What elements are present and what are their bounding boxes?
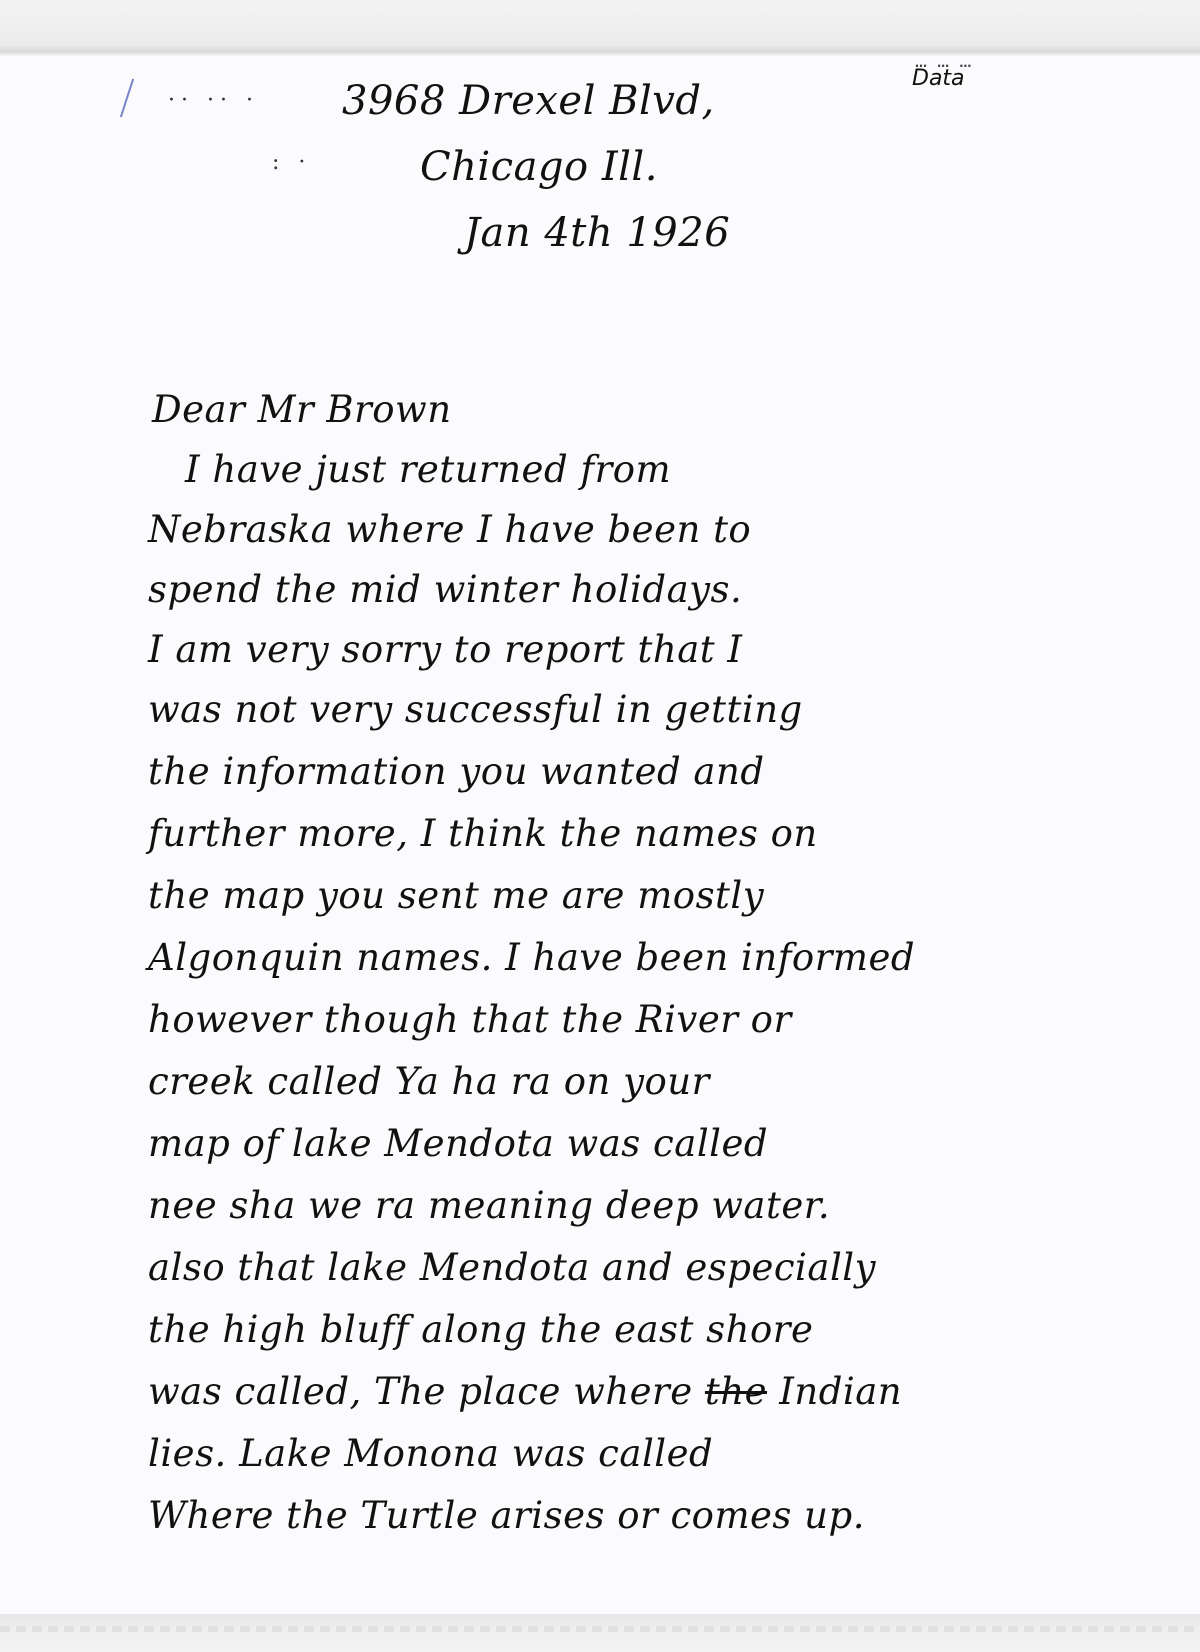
date-line: Jan 4th 1926 xyxy=(464,210,730,256)
body-line: lies. Lake Monona was called xyxy=(148,1432,713,1475)
line-text-after: Indian xyxy=(767,1370,902,1413)
body-line-with-strikethrough: was called, The place where the Indian xyxy=(148,1370,902,1413)
scan-bottom-perforation xyxy=(0,1626,1200,1632)
body-line: the map you sent me are mostly xyxy=(148,874,764,917)
body-line: Algonquin names. I have been informed xyxy=(148,936,915,979)
scan-top-edge xyxy=(0,0,1200,56)
body-line: creek called Ya ha ra on your xyxy=(148,1060,710,1103)
body-line: also that lake Mendota and especially xyxy=(148,1246,876,1289)
struck-word: the xyxy=(705,1370,767,1413)
salutation: Dear Mr Brown xyxy=(152,388,452,431)
line-text-before: was called, The place where xyxy=(148,1370,705,1413)
body-line: the high bluff along the east shore xyxy=(148,1308,813,1351)
corner-note-data: Data xyxy=(912,66,965,91)
body-line: spend the mid winter holidays. xyxy=(148,568,742,611)
body-line: Nebraska where I have been to xyxy=(148,508,751,551)
body-line: nee sha we ra meaning deep water. xyxy=(148,1184,830,1227)
body-line: I am very sorry to report that I xyxy=(148,628,743,671)
body-line: the information you wanted and xyxy=(148,750,765,793)
body-line: map of lake Mendota was called xyxy=(148,1122,768,1165)
scanned-letter-page: … … … Data ·· ·· · : · 3968 Drexel Blvd,… xyxy=(0,0,1200,1652)
body-line: further more, I think the names on xyxy=(148,812,818,855)
scan-dots: ·· ·· · xyxy=(168,88,259,113)
margin-pencil-mark xyxy=(120,79,134,118)
body-line: I have just returned from xyxy=(185,448,671,491)
scan-dots: : · xyxy=(272,150,311,175)
body-line: Where the Turtle arises or comes up. xyxy=(148,1494,865,1537)
address-line: 3968 Drexel Blvd, xyxy=(342,78,715,124)
city-line: Chicago Ill. xyxy=(420,144,658,190)
body-line: was not very successful in getting xyxy=(148,688,803,731)
scan-bottom-edge xyxy=(0,1614,1200,1652)
body-line: however though that the River or xyxy=(148,998,792,1041)
